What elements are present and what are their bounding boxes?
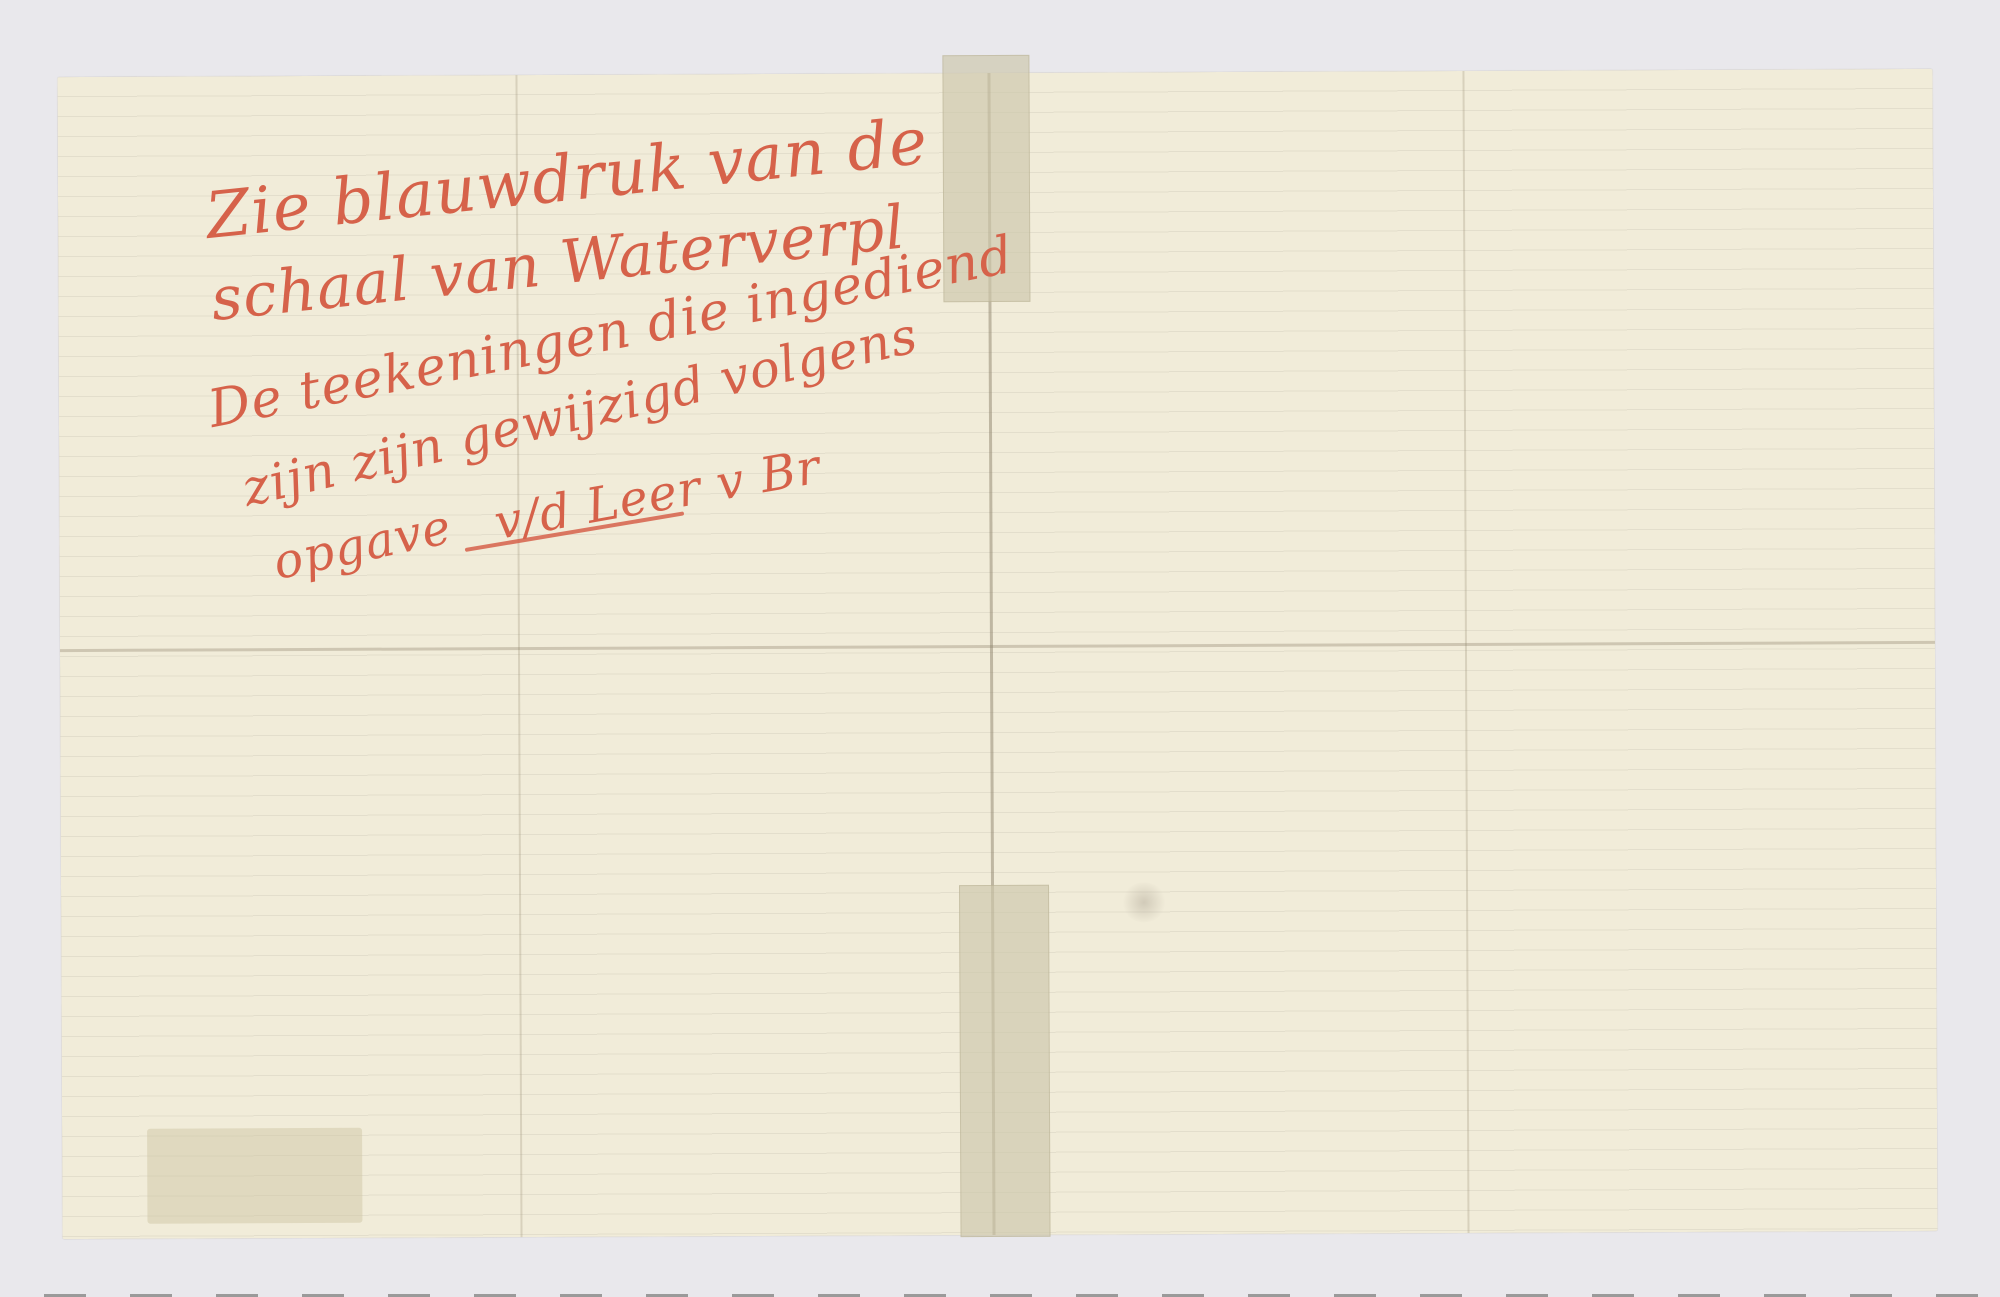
faded-label-mark xyxy=(147,1128,362,1224)
horizontal-fold xyxy=(60,641,1935,652)
vertical-fold-right xyxy=(1462,71,1469,1233)
paper-stain xyxy=(1121,882,1167,922)
tape-strip-bottom xyxy=(959,885,1051,1237)
